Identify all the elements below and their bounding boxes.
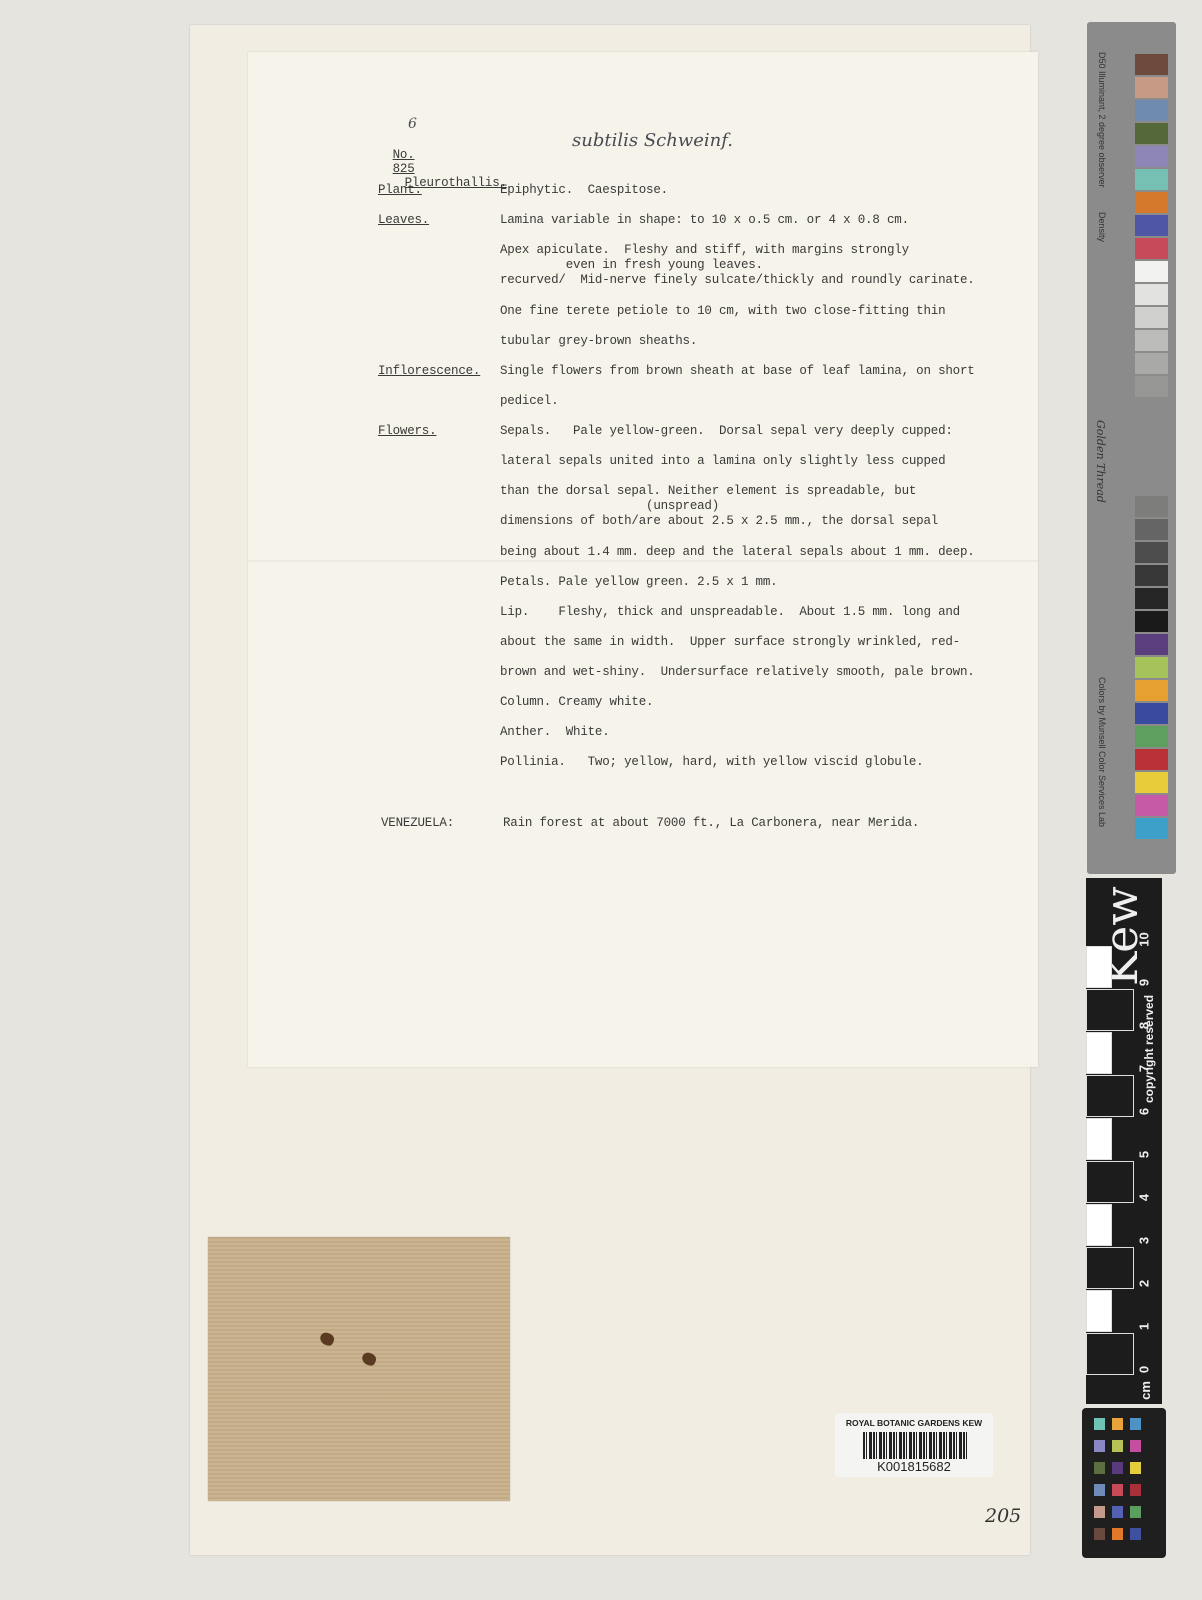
ruler-tick-label: 10 <box>1137 929 1152 951</box>
colour-patch <box>1135 703 1168 724</box>
colour-calibration-chart: D50 Illuminant, 2 degree observer Densit… <box>1087 22 1176 874</box>
colour-cell <box>1112 1506 1123 1518</box>
ruler-tick-label: 0 <box>1137 1359 1152 1381</box>
colour-cell <box>1112 1440 1123 1452</box>
flowers-line: (unspread) <box>500 499 719 513</box>
ruler-segment <box>1086 946 1112 988</box>
colour-patch <box>1135 192 1168 213</box>
dried-flower <box>360 1351 377 1367</box>
colour-patch <box>1135 353 1168 374</box>
colour-cell <box>1094 1528 1105 1540</box>
plant-text: Epiphytic. Caespitose. <box>500 183 668 197</box>
label-plant: Plant. <box>378 183 422 197</box>
colour-patch <box>1135 749 1168 770</box>
ruler-segment <box>1086 1161 1134 1203</box>
handwritten-species-name: subtilis Schweinf. <box>572 130 733 151</box>
leaves-line: even in fresh young leaves. <box>500 258 763 272</box>
chart-density-text: Density <box>1097 212 1107 242</box>
colour-patch <box>1135 238 1168 259</box>
colour-cell <box>1112 1418 1123 1430</box>
colour-patch <box>1135 330 1168 351</box>
flowers-line: Anther. White. <box>500 725 610 739</box>
ruler-tick-label: 1 <box>1137 1316 1152 1338</box>
colour-patch <box>1135 795 1168 816</box>
barcode-number: K001815682 <box>835 1459 993 1474</box>
ruler-segment <box>1086 1204 1112 1246</box>
locality-country: VENEZUELA: <box>381 816 454 830</box>
colour-cell <box>1112 1528 1123 1540</box>
colour-patch <box>1135 146 1168 167</box>
leaves-line: Apex apiculate. Fleshy and stiff, with m… <box>500 243 909 257</box>
flowers-line: Lip. Fleshy, thick and unspreadable. Abo… <box>500 605 960 619</box>
chart-illuminant-text: D50 Illuminant, 2 degree observer <box>1097 52 1107 188</box>
leaves-line: tubular grey-brown sheaths. <box>500 334 697 348</box>
inflorescence-line: pedicel. <box>500 394 558 408</box>
leaves-line: One fine terete petiole to 10 cm, with t… <box>500 304 945 318</box>
ruler-segment <box>1086 1290 1112 1332</box>
sheet-fold-line <box>248 560 1038 562</box>
flowers-line: about the same in width. Upper surface s… <box>500 635 960 649</box>
specimen-number: No. 825 Pleurothallis. <box>378 134 507 190</box>
inflorescence-line: Single flowers from brown sheath at base… <box>500 364 975 378</box>
colour-patch <box>1135 680 1168 701</box>
colour-cell <box>1130 1418 1141 1430</box>
colour-patch <box>1135 542 1168 563</box>
colour-patch <box>1135 772 1168 793</box>
flowers-line: than the dorsal sepal. Neither element i… <box>500 484 916 498</box>
colour-cell <box>1094 1462 1105 1474</box>
locality-text: Rain forest at about 7000 ft., La Carbon… <box>503 816 919 830</box>
colour-patch <box>1135 818 1168 839</box>
barcode-institution: ROYAL BOTANIC GARDENS KEW <box>835 1418 993 1428</box>
flowers-line: Petals. Pale yellow green. 2.5 x 1 mm. <box>500 575 777 589</box>
ruler-tick-label: 2 <box>1137 1273 1152 1295</box>
colour-patch <box>1135 169 1168 190</box>
colour-patch <box>1135 376 1168 397</box>
colour-cell <box>1094 1440 1105 1452</box>
label-leaves: Leaves. <box>378 213 429 227</box>
colour-checker-card <box>1082 1408 1166 1558</box>
dried-flower <box>318 1331 335 1347</box>
ruler-tick-label: 6 <box>1137 1101 1152 1123</box>
colour-patch <box>1135 100 1168 121</box>
ruler-segment <box>1086 1118 1112 1160</box>
flowers-line: being about 1.4 mm. deep and the lateral… <box>500 545 975 559</box>
colour-cell <box>1094 1506 1105 1518</box>
fragment-packet[interactable] <box>208 1237 510 1501</box>
colour-patch <box>1135 519 1168 540</box>
colour-cell <box>1130 1528 1141 1540</box>
flowers-line: Pollinia. Two; yellow, hard, with yellow… <box>500 755 923 769</box>
colour-cell <box>1130 1462 1141 1474</box>
flowers-line: Sepals. Pale yellow-green. Dorsal sepal … <box>500 424 953 438</box>
colour-cell <box>1094 1418 1105 1430</box>
ruler-tick-label: 3 <box>1137 1230 1152 1252</box>
kew-scale-bar: Kew copyright reserved 012345678910 cm <box>1086 878 1162 1404</box>
ruler-tick-label: 9 <box>1137 972 1152 994</box>
chart-brand: Golden Thread <box>1094 420 1107 503</box>
colour-patch <box>1135 565 1168 586</box>
ruler-segment <box>1086 1333 1134 1375</box>
colour-cell <box>1112 1462 1123 1474</box>
colour-patch <box>1135 284 1168 305</box>
colour-cell <box>1094 1484 1105 1496</box>
colour-patch <box>1135 588 1168 609</box>
colour-patch <box>1135 54 1168 75</box>
ruler-segment <box>1086 1032 1112 1074</box>
colour-patch <box>1135 611 1168 632</box>
ruler-segment <box>1086 1247 1134 1289</box>
flowers-line: brown and wet-shiny. Undersurface relati… <box>500 665 975 679</box>
flowers-line: lateral sepals united into a lamina only… <box>500 454 945 468</box>
colour-patch <box>1135 77 1168 98</box>
flowers-line: dimensions of both/are about 2.5 x 2.5 m… <box>500 514 938 528</box>
label-flowers: Flowers. <box>378 424 436 438</box>
barcode-label: ROYAL BOTANIC GARDENS KEW K001815682 <box>835 1413 993 1477</box>
colour-patch <box>1135 726 1168 747</box>
barcode-icon <box>863 1432 967 1459</box>
colour-cell <box>1112 1484 1123 1496</box>
colour-cell <box>1130 1440 1141 1452</box>
handwritten-sheet-number: 205 <box>985 1505 1021 1527</box>
ruler-tick-label: 4 <box>1137 1187 1152 1209</box>
ruler-tick-label: 5 <box>1137 1144 1152 1166</box>
flowers-line: Column. Creamy white. <box>500 695 653 709</box>
colour-patch <box>1135 307 1168 328</box>
unit-label: cm <box>1138 1381 1153 1400</box>
colour-patch <box>1135 634 1168 655</box>
copyright-text: copyright reserved <box>1142 995 1156 1103</box>
chart-credit: Colors by Munsell Color Services Lab <box>1097 677 1107 827</box>
label-inflorescence: Inflorescence. <box>378 364 480 378</box>
ruler-tick-label: 7 <box>1137 1058 1152 1080</box>
ruler-segment <box>1086 1075 1134 1117</box>
leaves-line: recurved/ Mid-nerve finely sulcate/thick… <box>500 273 975 287</box>
colour-patch <box>1135 123 1168 144</box>
leaves-line: Lamina variable in shape: to 10 x o.5 cm… <box>500 213 909 227</box>
colour-cell <box>1130 1484 1141 1496</box>
handwritten-number: 6 <box>408 116 417 132</box>
colour-patch <box>1135 496 1168 517</box>
colour-patch <box>1135 215 1168 236</box>
colour-patch <box>1135 657 1168 678</box>
ruler-tick-label: 8 <box>1137 1015 1152 1037</box>
colour-patch <box>1135 261 1168 282</box>
ruler-segment <box>1086 989 1134 1031</box>
colour-cell <box>1130 1506 1141 1518</box>
